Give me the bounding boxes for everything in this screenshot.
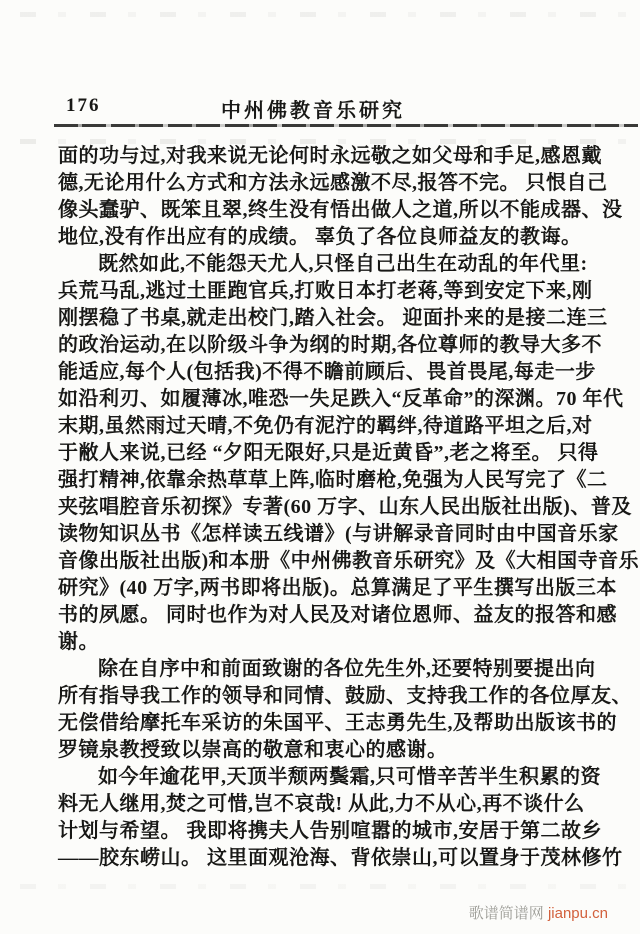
paragraph: 如今年逾花甲,天顶半颓两鬓霜,只可惜辛苦半生积累的资料无人继用,焚之可惜,岂不哀… (58, 764, 582, 872)
paragraph: 既然如此,不能怨天尤人,只怪自己出生在动乱的年代里:兵荒马乱,逃过土匪跑官兵,打… (58, 251, 582, 656)
text-line: 末期,虽然雨过天晴,不免仍有泥泞的羁绊,待道路平坦之后,对 (58, 413, 582, 440)
watermark-site-url: jianpu.cn (548, 905, 608, 922)
text-line: 刚摆稳了书桌,就走出校门,踏入社会。 迎面扑来的是接二连三 (58, 305, 582, 332)
text-line: 料无人继用,焚之可惜,岂不哀哉! 从此,力不从心,再不谈什么 (58, 791, 582, 818)
text-line: 罗镜泉教授致以崇高的敬意和衷心的感谢。 (58, 737, 582, 764)
text-line: 所有指导我工作的领导和同情、鼓励、支持我工作的各位厚友、 (58, 683, 582, 710)
text-line: 谢。 (58, 629, 582, 656)
text-line: 兵荒马乱,逃过土匪跑官兵,打败日本打老蒋,等到安定下来,刚 (58, 278, 582, 305)
text-line: 能适应,每个人(包括我)不得不瞻前顾后、畏首畏尾,每走一步 (58, 359, 582, 386)
scan-noise-band (20, 12, 630, 17)
watermark-site-name: 歌谱简谱网 (469, 905, 544, 922)
text-line: 除在自序中和前面致谢的各位先生外,还要特别要提出向 (58, 656, 582, 683)
watermark: 歌谱简谱网 jianpu.cn (469, 902, 608, 923)
text-line: 像头蠢驴、既笨且翠,终生没有悟出做人之道,所以不能成器、没 (58, 197, 582, 224)
page-title: 中州佛教音乐研究 (58, 94, 568, 123)
scanned-book-page: 176 中州佛教音乐研究 面的功与过,对我来说无论何时永远敬之如父母和手足,感恩… (0, 0, 640, 934)
text-line: 计划与希望。 我即将携夫人告别喧嚣的城市,安居于第二故乡 (58, 818, 582, 845)
text-line: 如沿利刃、如履薄冰,唯恐一失足跌入“反革命”的深渊。70 年代 (58, 386, 582, 413)
paragraph: 面的功与过,对我来说无论何时永远敬之如父母和手足,感恩戴德,无论用什么方式和方法… (58, 143, 582, 251)
text-line: 如今年逾花甲,天顶半颓两鬓霜,只可惜辛苦半生积累的资 (58, 764, 582, 791)
text-line: 强打精神,依靠余热草草上阵,临时磨枪,免强为人民写完了《二 (58, 467, 582, 494)
paragraph: 除在自序中和前面致谢的各位先生外,还要特别要提出向所有指导我工作的领导和同情、鼓… (58, 656, 582, 764)
text-line: 既然如此,不能怨天尤人,只怪自己出生在动乱的年代里: (58, 251, 582, 278)
page-body: 面的功与过,对我来说无论何时永远敬之如父母和手足,感恩戴德,无论用什么方式和方法… (58, 143, 582, 872)
text-line: 读物知识丛书《怎样读五线谱》(与讲解录音同时由中国音乐家 (58, 521, 582, 548)
text-line: 德,无论用什么方式和方法永远感激不尽,报答不完。 只恨自己 (58, 170, 582, 197)
header-divider-rule (54, 124, 638, 127)
text-line: 夹弦唱腔音乐初探》专著(60 万字、山东人民出版社出版)、普及 (58, 494, 582, 521)
scan-noise-band (20, 884, 630, 889)
text-line: 书的夙愿。 同时也作为对人民及对诸位恩师、益友的报答和感 (58, 602, 582, 629)
text-line: 的政治运动,在以阶级斗争为纲的时期,各位尊师的教导大多不 (58, 332, 582, 359)
text-line: 于敝人来说,已经 “夕阳无限好,只是近黄昏”,老之将至。 只得 (58, 440, 582, 467)
text-line: 研究》(40 万字,两书即将出版)。总算满足了平生撰写出版三本 (58, 575, 582, 602)
text-line: 音像出版社出版)和本册《中州佛教音乐研究》及《大相国寺音乐 (58, 548, 582, 575)
text-line: 地位,没有作出应有的成绩。 辜负了各位良师益友的教诲。 (58, 224, 582, 251)
text-line: 无偿借给摩托车采访的朱国平、王志勇先生,及帮助出版该书的 (58, 710, 582, 737)
text-line: ——胶东崂山。 这里面观沧海、背依崇山,可以置身于茂林修竹 (58, 845, 582, 872)
text-line: 面的功与过,对我来说无论何时永远敬之如父母和手足,感恩戴 (58, 143, 582, 170)
